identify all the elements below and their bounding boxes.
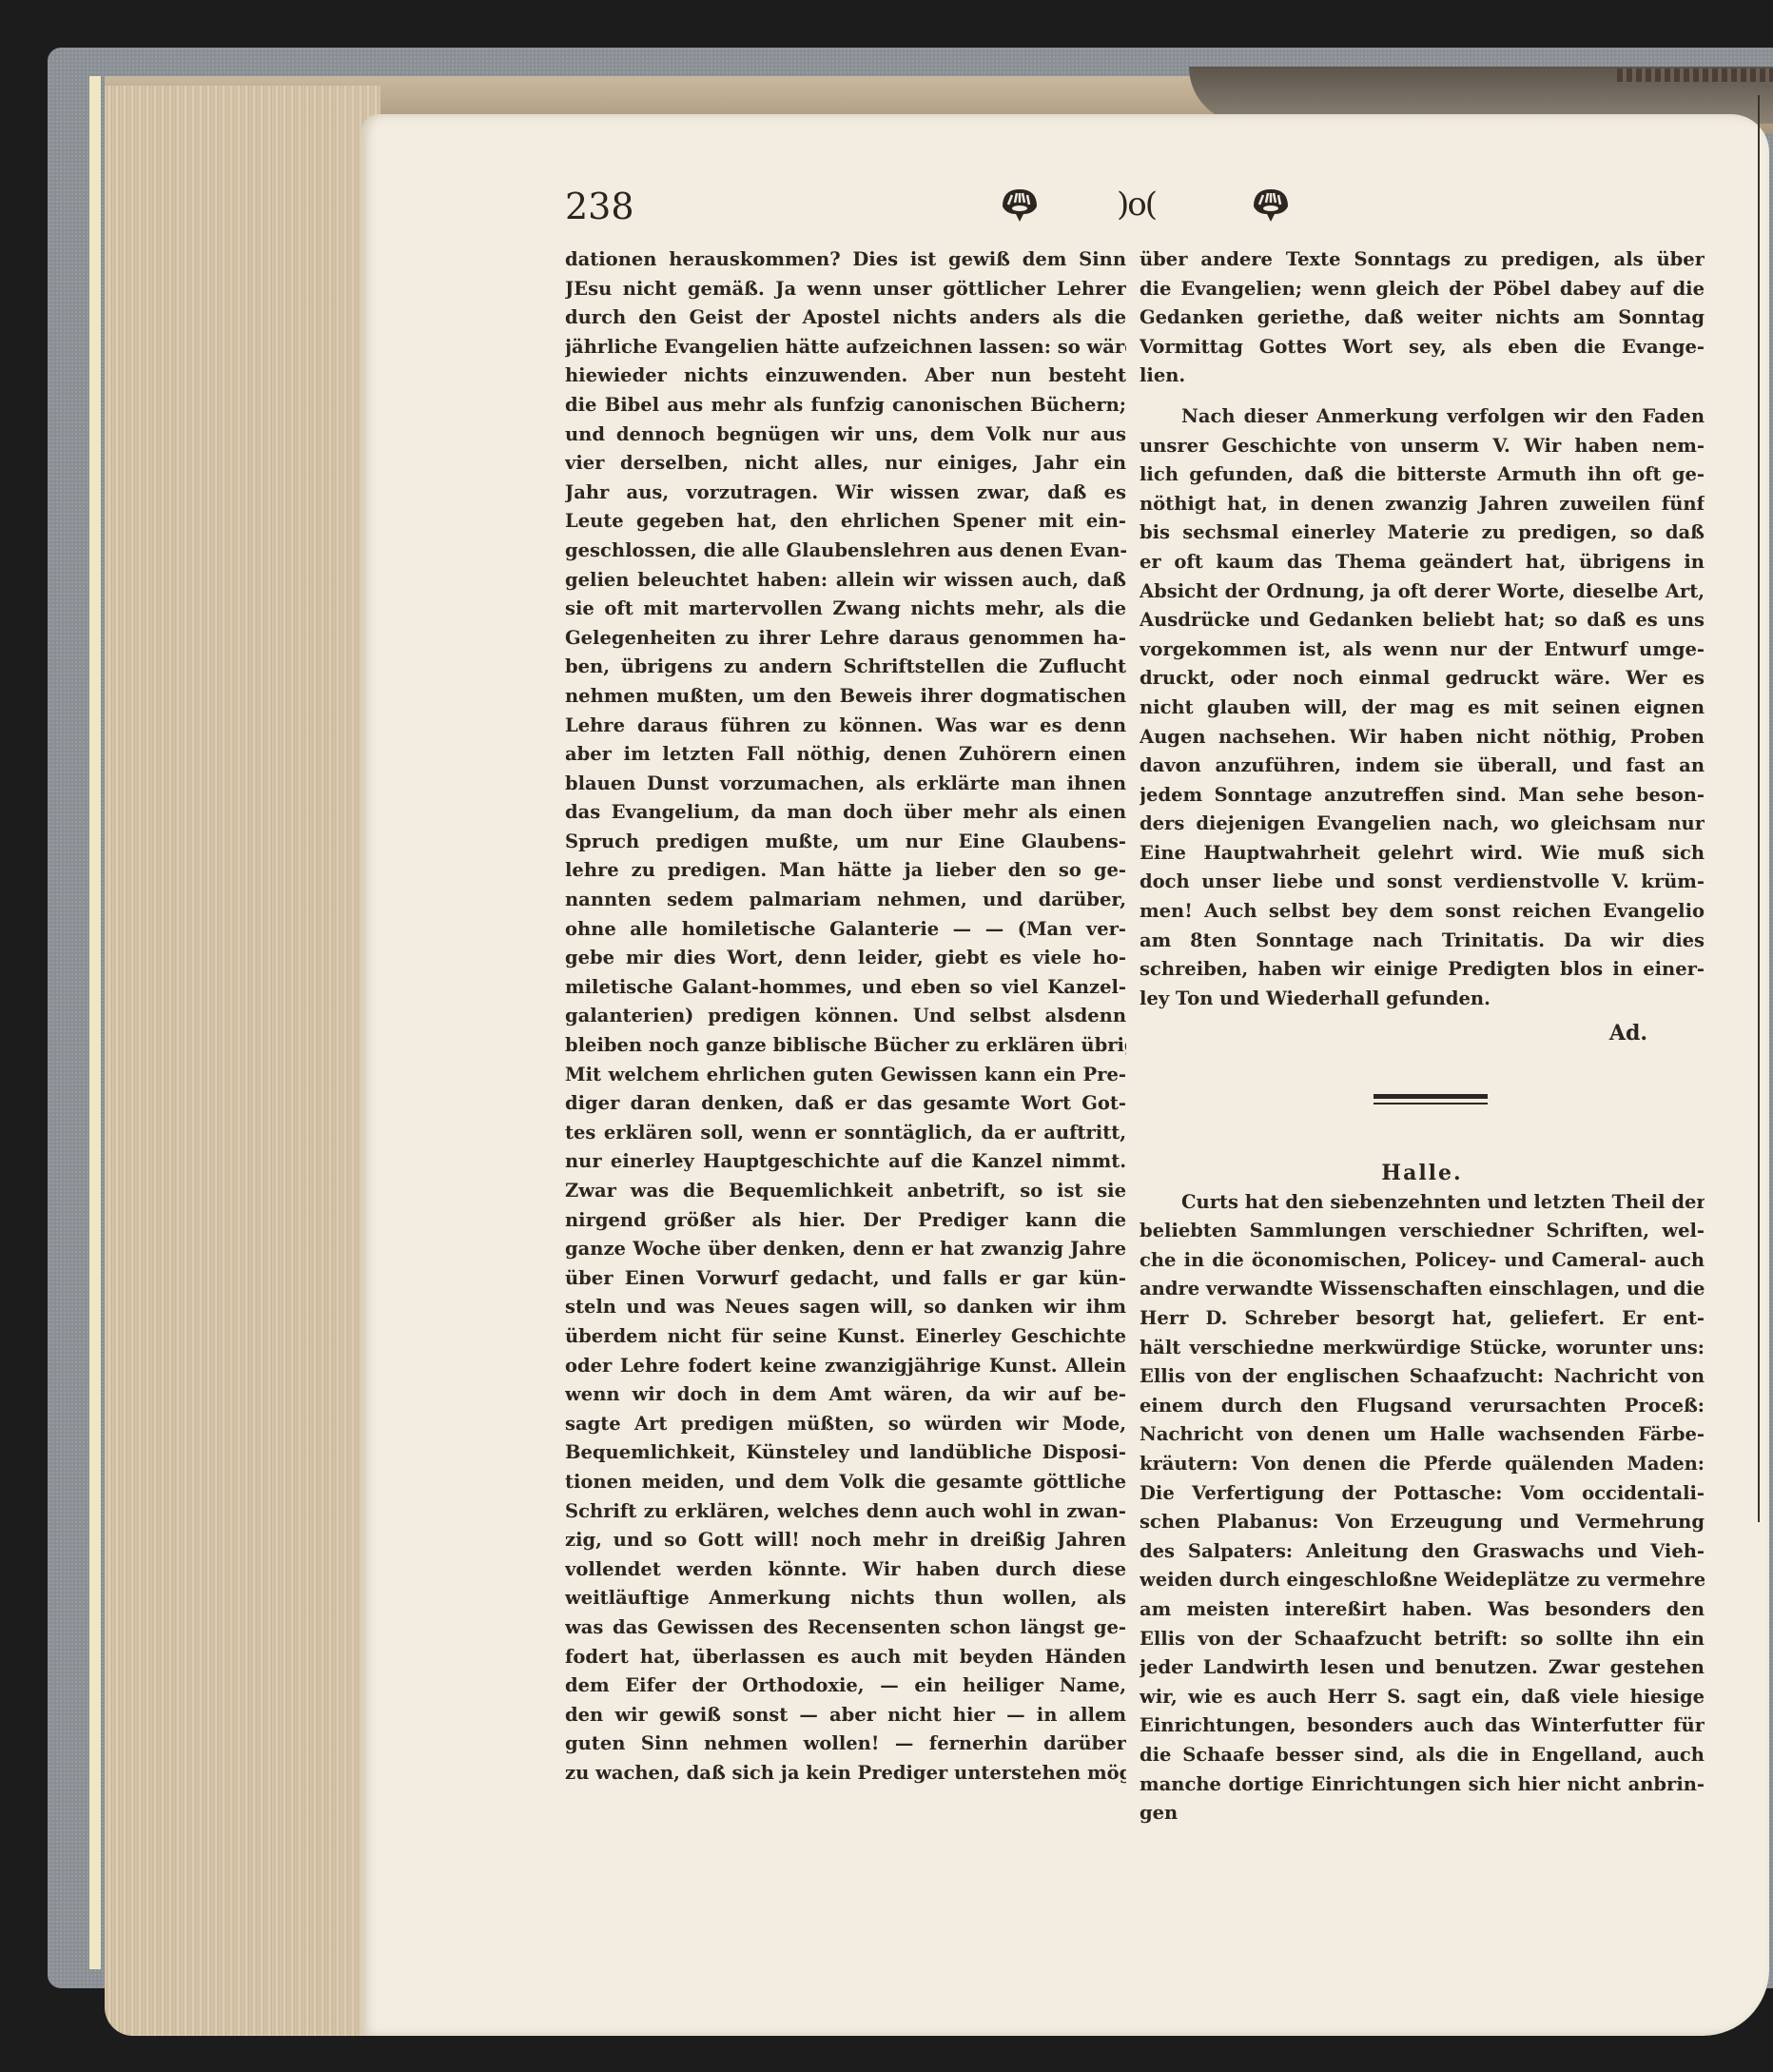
text-line: nicht glauben will, der mag es mit seine…	[1140, 694, 1705, 723]
text-line: am 8ten Sonntage nach Trinitatis. Da wir…	[1140, 927, 1705, 956]
text-line: nehmen mußten, um den Beweis ihrer dogma…	[565, 682, 1126, 712]
running-head: 238 )o(	[565, 186, 1697, 233]
text-line: aber im letzten Fall nöthig, denen Zuhör…	[565, 740, 1126, 770]
right-column: über andere Texte Sonntags zu predigen, …	[1140, 245, 1705, 1828]
text-line: hiewieder nichts einzuwenden. Aber nun b…	[565, 362, 1126, 391]
shell-ornament-icon	[1250, 186, 1292, 231]
text-line: andre verwandte Wissenschaften einschlag…	[1140, 1275, 1705, 1304]
text-line: che in die öconomischen, Policey- und Ca…	[1140, 1246, 1705, 1276]
text-line: men! Auch selbst bey dem sonst reichen E…	[1140, 897, 1705, 927]
text-line: überdem nicht für seine Kunst. Einerley …	[565, 1322, 1126, 1352]
text-line: was das Gewissen des Recensenten schon l…	[565, 1613, 1126, 1643]
text-line: Einrichtungen, besonders auch das Winter…	[1140, 1711, 1705, 1741]
text-line: vier derselben, nicht alles, nur einiges…	[565, 449, 1126, 479]
text-line: ders diejenigen Evangelien nach, wo glei…	[1140, 810, 1705, 839]
text-line: sie oft mit martervollen Zwang nichts me…	[565, 595, 1126, 624]
text-line: Augen nachsehen. Wir haben nicht nöthig,…	[1140, 723, 1705, 753]
section-title-halle: Halle.	[1140, 1159, 1705, 1188]
text-line: guten Sinn nehmen wollen! — fernerhin da…	[565, 1730, 1126, 1759]
text-line: lich gefunden, daß die bitterste Armuth …	[1140, 460, 1705, 490]
divider-ornament: )o(	[1117, 186, 1156, 224]
page-stack-fore-edge	[105, 86, 380, 2036]
text-line: zu wachen, daß sich ja kein Prediger unt…	[565, 1759, 1126, 1789]
left-column: dationen herauskommen? Dies ist gewiß de…	[565, 245, 1126, 1788]
text-line: jedem Sonntage anzutreffen sind. Man seh…	[1140, 781, 1705, 811]
endpaper-edge	[89, 76, 101, 1969]
text-line: Leute gegeben hat, den ehrlichen Spener …	[565, 507, 1126, 537]
text-line: Die Verfertigung der Pottasche: Vom occi…	[1140, 1479, 1705, 1509]
text-line: das Evangelium, da man doch über mehr al…	[565, 798, 1126, 828]
author-signature: Ad.	[1140, 1019, 1705, 1048]
text-line: gebe mir dies Wort, denn leider, giebt e…	[565, 944, 1126, 973]
paragraph-continuation: über andere Texte Sonntags zu predigen, …	[1140, 245, 1705, 391]
text-line: weiden durch eingeschloßne Weideplätze z…	[1140, 1566, 1705, 1595]
text-line: Gelegenheiten zu ihrer Lehre daraus geno…	[565, 624, 1126, 654]
paragraph-halle: Curts hat den siebenzehnten und letzten …	[1140, 1188, 1705, 1799]
text-line: ohne alle homiletische Galanterie — — (M…	[565, 915, 1126, 945]
text-line: unsrer Geschichte von unserm V. Wir habe…	[1140, 432, 1705, 461]
text-line: nirgend größer als hier. Der Prediger ka…	[565, 1206, 1126, 1236]
text-line: einem durch den Flugsand verursachten Pr…	[1140, 1392, 1705, 1421]
text-line: ben, übrigens zu andern Schriftstellen d…	[565, 653, 1126, 682]
text-line: oder Lehre fodert keine zwanzigjährige K…	[565, 1352, 1126, 1381]
text-line: Curts hat den siebenzehnten und letzten …	[1140, 1188, 1705, 1218]
text-line: doch unser liebe und sonst verdienstvoll…	[1140, 868, 1705, 897]
text-line: beliebten Sammlungen verschiedner Schrif…	[1140, 1217, 1705, 1246]
text-line: kräutern: Von denen die Pferde quälenden…	[1140, 1450, 1705, 1479]
text-line: hält verschiedne merkwürdige Stücke, wor…	[1140, 1334, 1705, 1363]
text-line: Ausdrücke und Gedanken beliebt hat; so d…	[1140, 606, 1705, 635]
text-line: manche dortige Einrichtungen sich hier n…	[1140, 1770, 1705, 1800]
text-line: er oft kaum das Thema geändert hat, übri…	[1140, 548, 1705, 577]
text-line: nöthigt hat, in denen zwanzig Jahren zuw…	[1140, 490, 1705, 519]
text-line: Spruch predigen mußte, um nur Eine Glaub…	[565, 828, 1126, 857]
text-line: wenn wir doch in dem Amt wären, da wir a…	[565, 1380, 1126, 1410]
text-line: jeder Landwirth lesen und benutzen. Zwar…	[1140, 1653, 1705, 1683]
text-line: druckt, oder noch einmal gedruckt wäre. …	[1140, 664, 1705, 694]
text-line: Vormittag Gottes Wort sey, als eben die …	[1140, 333, 1705, 362]
text-line: dationen herauskommen? Dies ist gewiß de…	[565, 245, 1126, 275]
text-line: Nachricht von denen um Halle wachsenden …	[1140, 1420, 1705, 1450]
text-line: und dennoch begnügen wir uns, dem Volk n…	[565, 420, 1126, 450]
text-line: geschlossen, die alle Glaubenslehren aus…	[565, 537, 1126, 566]
page-number: 238	[565, 186, 634, 227]
text-line: Schrift zu erklären, welches denn auch w…	[565, 1497, 1126, 1527]
text-line: vollendet werden könnte. Wir haben durch…	[565, 1555, 1126, 1585]
text-line: die Bibel aus mehr als funfzig canonisch…	[565, 391, 1126, 420]
text-line: Ellis von der Schaafzucht betrift: so so…	[1140, 1625, 1705, 1654]
text-line: lien.	[1140, 362, 1705, 391]
text-line: jährliche Evangelien hätte aufzeichnen l…	[565, 333, 1126, 362]
text-line: nannten sedem palmariam nehmen, und darü…	[565, 886, 1126, 915]
text-line: weitläuftige Anmerkung nichts thun wolle…	[565, 1584, 1126, 1613]
text-line: den wir gewiß sonst — aber nicht hier — …	[565, 1701, 1126, 1730]
headband-stitching	[1617, 68, 1773, 82]
text-line: JEsu nicht gemäß. Ja wenn unser göttlich…	[565, 275, 1126, 304]
text-line: Absicht der Ordnung, ja oft derer Worte,…	[1140, 577, 1705, 607]
text-line: schen Plabanus: Von Erzeugung und Vermeh…	[1140, 1508, 1705, 1537]
text-line: fodert hat, überlassen es auch mit beyde…	[565, 1643, 1126, 1672]
shell-ornament-icon	[999, 186, 1041, 231]
text-line: Ellis von der englischen Schaafzucht: Na…	[1140, 1362, 1705, 1392]
text-line: Herr D. Schreber besorgt hat, geliefert.…	[1140, 1304, 1705, 1334]
text-line: Zwar was die Bequemlichkeit anbetrift, s…	[565, 1177, 1126, 1206]
text-line: zig, und so Gott will! noch mehr in drei…	[565, 1526, 1126, 1555]
text-line: schreiben, haben wir einige Predigten bl…	[1140, 955, 1705, 985]
text-line: tionen meiden, und dem Volk die gesamte …	[565, 1468, 1126, 1497]
text-line: nur einerley Hauptgeschichte auf die Kan…	[565, 1147, 1126, 1177]
text-line: galanterien) predigen können. Und selbst…	[565, 1002, 1126, 1031]
text-line: miletische Galant-hommes, und eben so vi…	[565, 973, 1126, 1003]
text-line: lehre zu predigen. Man hätte ja lieber d…	[565, 856, 1126, 886]
text-line: blauen Dunst vorzumachen, als erklärte m…	[565, 770, 1126, 799]
section-rule	[1140, 1077, 1705, 1134]
text-line: ley Ton und Wiederhall gefunden.	[1140, 985, 1705, 1014]
paragraph-nach-dieser: Nach dieser Anmerkung verfolgen wir den …	[1140, 402, 1705, 1013]
text-line: sagte Art predigen müßten, so würden wir…	[565, 1410, 1126, 1439]
catchword: gen	[1140, 1799, 1705, 1828]
text-line: Nach dieser Anmerkung verfolgen wir den …	[1140, 402, 1705, 432]
text-line: Bequemlichkeit, Künsteley und landüblich…	[565, 1438, 1126, 1468]
text-line: vorgekommen ist, als wenn nur der Entwur…	[1140, 635, 1705, 665]
gutter-line	[1758, 95, 1760, 1522]
text-line: gelien beleuchtet haben: allein wir wiss…	[565, 566, 1126, 596]
text-line: Gedanken geriethe, daß weiter nichts am …	[1140, 303, 1705, 333]
text-line: ganze Woche über denken, denn er hat zwa…	[565, 1235, 1126, 1264]
text-line: Jahr aus, vorzutragen. Wir wissen zwar, …	[565, 479, 1126, 508]
text-line: tes erklären soll, wenn er sonntäglich, …	[565, 1119, 1126, 1148]
text-line: über andere Texte Sonntags zu predigen, …	[1140, 245, 1705, 275]
text-line: Mit welchem ehrlichen guten Gewissen kan…	[565, 1061, 1126, 1090]
text-line: wir, wie es auch Herr S. sagt ein, daß v…	[1140, 1683, 1705, 1712]
text-line: am meisten intereßirt haben. Was besonde…	[1140, 1595, 1705, 1625]
text-line: davon anzuführen, indem sie überall, und…	[1140, 752, 1705, 781]
text-line: die Evangelien; wenn gleich der Pöbel da…	[1140, 275, 1705, 304]
text-line: Lehre daraus führen zu können. Was war e…	[565, 712, 1126, 741]
text-line: steln und was Neues sagen will, so danke…	[565, 1293, 1126, 1322]
text-line: dem Eifer der Orthodoxie, — ein heiliger…	[565, 1671, 1126, 1701]
text-line: die Schaafe besser sind, als die in Enge…	[1140, 1741, 1705, 1770]
text-line: bis sechsmal einerley Materie zu predige…	[1140, 518, 1705, 548]
text-line: durch den Geist der Apostel nichts ander…	[565, 303, 1126, 333]
text-line: bleiben noch ganze biblische Bücher zu e…	[565, 1031, 1126, 1061]
text-line: diger daran denken, daß er das gesamte W…	[565, 1089, 1126, 1119]
text-line: des Salpaters: Anleitung den Graswachs u…	[1140, 1537, 1705, 1567]
text-line: über Einen Vorwurf gedacht, und falls er…	[565, 1264, 1126, 1294]
text-line: Eine Hauptwahrheit gelehrt wird. Wie muß…	[1140, 839, 1705, 869]
